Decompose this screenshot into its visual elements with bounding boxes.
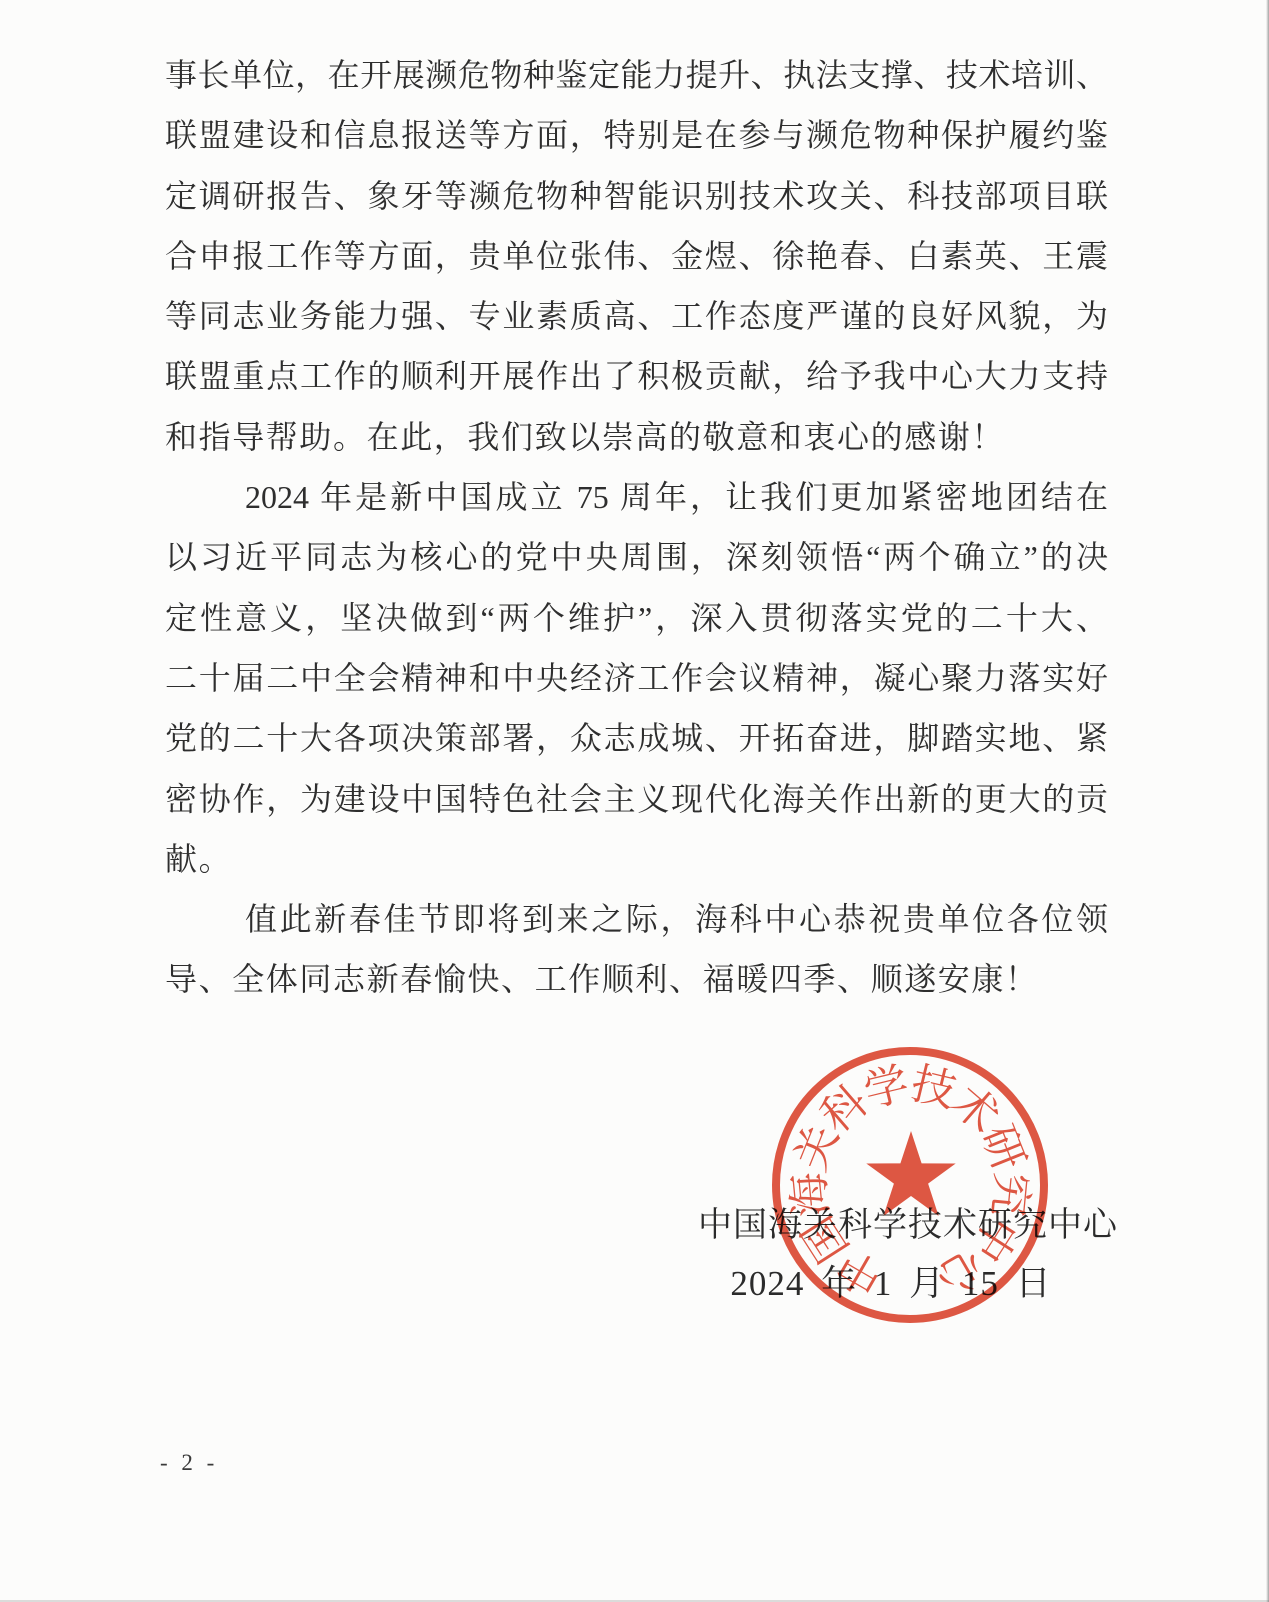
text-line: 联盟重点工作的顺利开展作出了积极贡献，给予我中心大力支持 <box>165 346 1108 406</box>
text-line: 联盟建设和信息报送等方面，特别是在参与濒危物种保护履约鉴 <box>165 105 1108 165</box>
official-seal-stamp: 中国海关科学技术研究中心 <box>760 1035 1060 1335</box>
text-line: 定性意义，坚决做到“两个维护”，深入贯彻落实党的二十大、 <box>165 588 1108 648</box>
text-line: 导、全体同志新春愉快、工作顺利、福暖四季、顺遂安康！ <box>165 949 1108 1009</box>
text-line: 二十届二中全会精神和中央经济工作会议精神，凝心聚力落实好 <box>165 648 1108 708</box>
text-line: 密协作，为建设中国特色社会主义现代化海关作出新的更大的贡 <box>165 769 1108 829</box>
text-line: 党的二十大各项决策部署，众志成城、开拓奋进，脚踏实地、紧 <box>165 708 1108 768</box>
star-icon <box>866 1131 955 1216</box>
text-line: 等同志业务能力强、专业素质高、工作态度严谨的良好风貌，为 <box>165 286 1108 346</box>
text-line: 事长单位，在开展濒危物种鉴定能力提升、执法支撑、技术培训、 <box>165 45 1108 105</box>
page-number: - 2 - <box>160 1450 218 1476</box>
text-line: 以习近平同志为核心的党中央周围，深刻领悟“两个确立”的决 <box>165 527 1108 587</box>
text-line: 合申报工作等方面，贵单位张伟、金煜、徐艳春、白素英、王震 <box>165 226 1108 286</box>
letter-body: 事长单位，在开展濒危物种鉴定能力提升、执法支撑、技术培训、联盟建设和信息报送等方… <box>165 45 1108 1010</box>
scanned-letter-page: 事长单位，在开展濒危物种鉴定能力提升、执法支撑、技术培训、联盟建设和信息报送等方… <box>0 0 1269 1602</box>
text-line: 献。 <box>165 829 1108 889</box>
text-line: 2024 年是新中国成立 75 周年，让我们更加紧密地团结在 <box>165 467 1108 527</box>
seal-ring-char: 海 <box>784 1170 837 1218</box>
text-line: 值此新春佳节即将到来之际，海科中心恭祝贵单位各位领 <box>165 889 1108 949</box>
text-line: 和指导帮助。在此，我们致以崇高的敬意和衷心的感谢！ <box>165 407 1108 467</box>
text-line: 定调研报告、象牙等濒危物种智能识别技术攻关、科技部项目联 <box>165 166 1108 226</box>
